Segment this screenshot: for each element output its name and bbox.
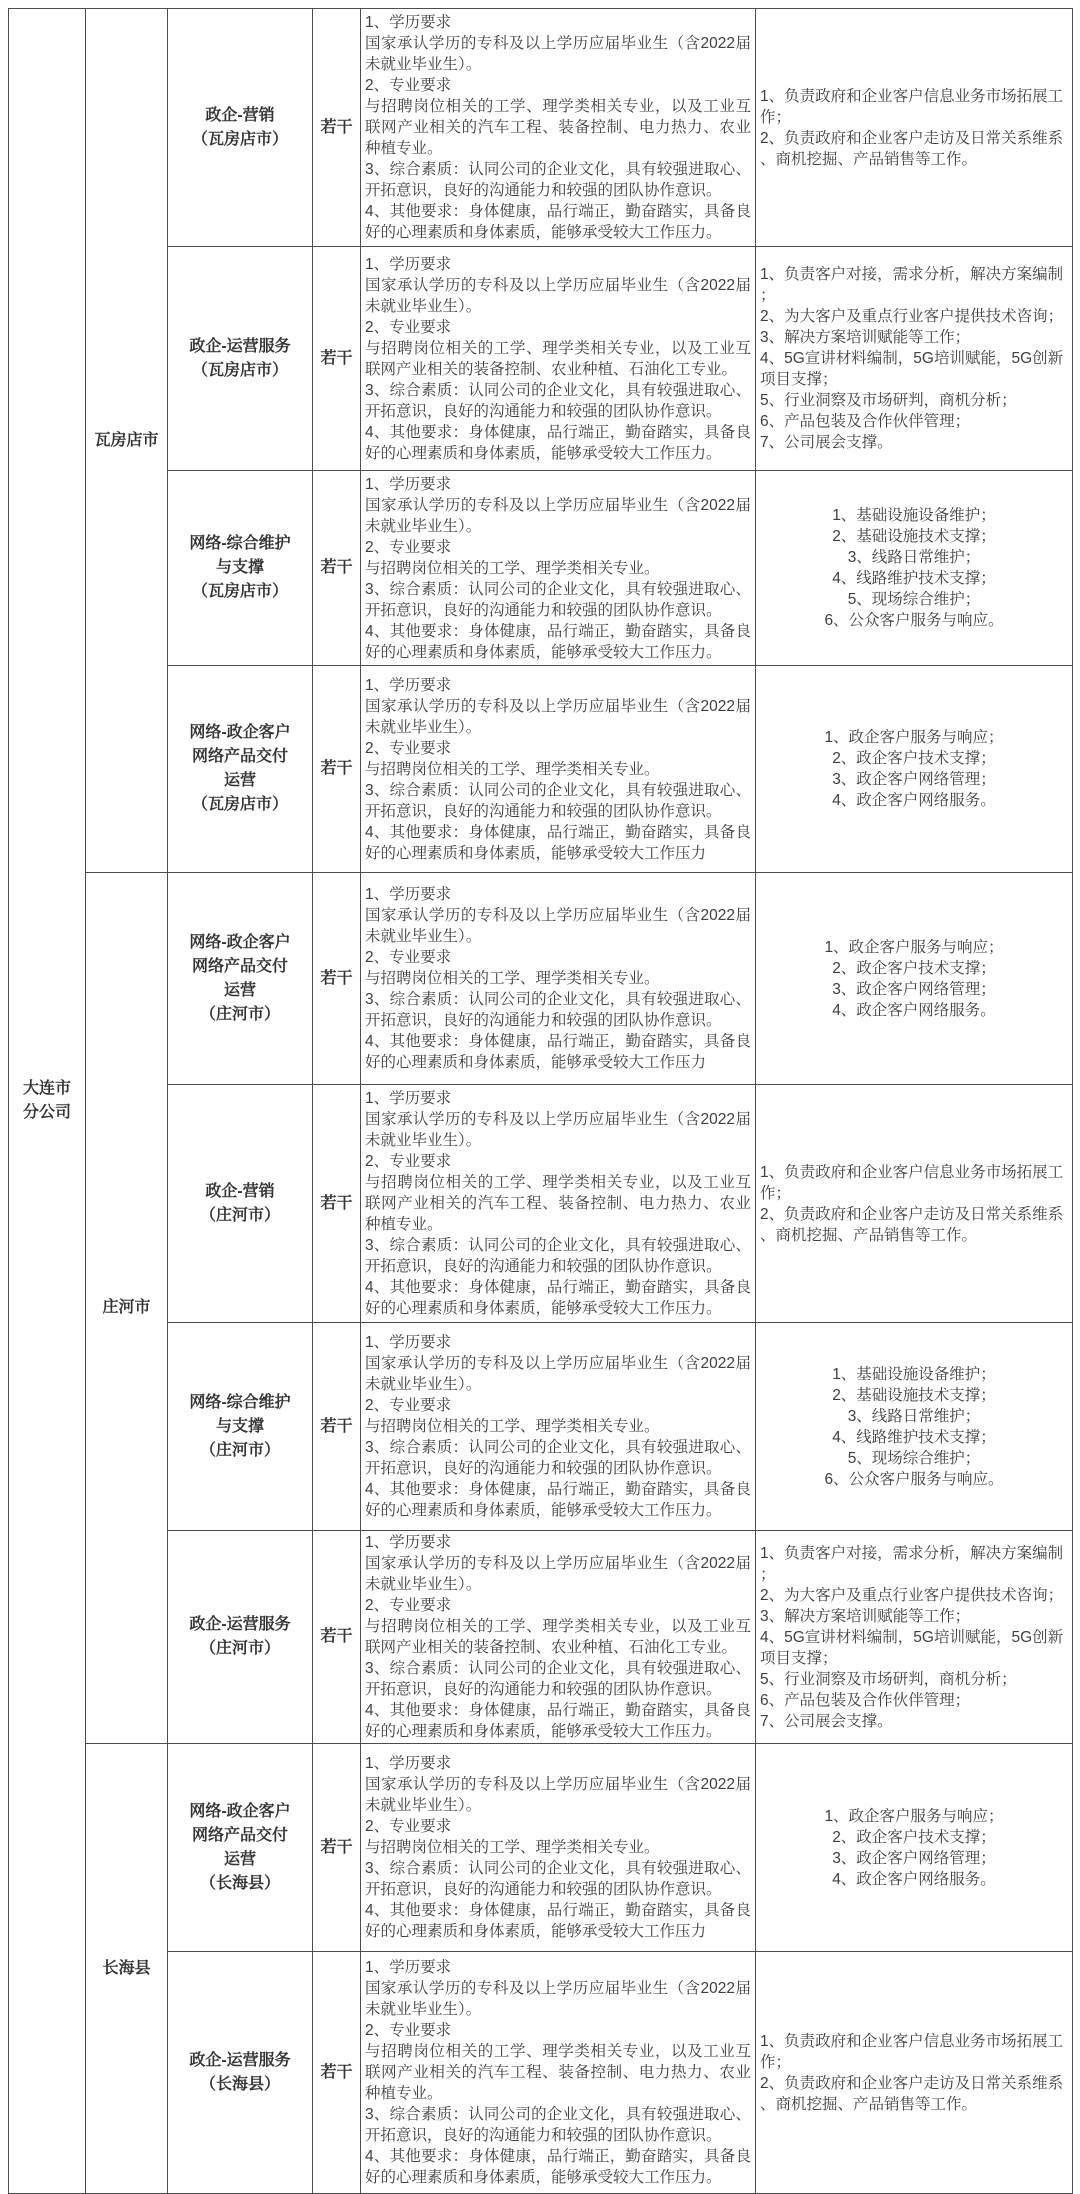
headcount-cell: 若干: [313, 1085, 361, 1323]
region-cell-zhuanghe: 庄河市: [86, 873, 168, 1744]
duties-cell: 1、负责政府和企业客户信息业务市场拓展工作； 2、负责政府和企业客户走访及日常关…: [756, 1952, 1073, 2194]
headcount-cell: 若干: [313, 1744, 361, 1952]
duties-cell: 1、基础设施设备维护； 2、基础设施技术支撑； 3、线路日常维护； 4、线路维护…: [756, 1323, 1073, 1531]
recruitment-table-wrap: 大连市 分公司 瓦房店市 政企-营销 （瓦房店市） 若干 1、学历要求 国家承认…: [8, 8, 1073, 2194]
headcount-cell: 若干: [313, 471, 361, 666]
duties-cell: 1、基础设施设备维护； 2、基础设施技术支撑； 3、线路日常维护； 4、线路维护…: [756, 471, 1073, 666]
duties-cell: 1、政企客户服务与响应； 2、政企客户技术支撑； 3、政企客户网络管理； 4、政…: [756, 873, 1073, 1085]
requirements-cell: 1、学历要求 国家承认学历的专科及以上学历应届毕业生（含2022届未就业毕业生）…: [361, 1085, 756, 1323]
headcount-cell: 若干: [313, 1531, 361, 1744]
headcount-cell: 若干: [313, 1952, 361, 2194]
branch-cell: 大连市 分公司: [9, 9, 86, 2194]
recruitment-table: 大连市 分公司 瓦房店市 政企-营销 （瓦房店市） 若干 1、学历要求 国家承认…: [8, 8, 1073, 2194]
duties-cell: 1、负责政府和企业客户信息业务市场拓展工作； 2、负责政府和企业客户走访及日常关…: [756, 1085, 1073, 1323]
position-cell: 政企-运营服务 （瓦房店市）: [168, 247, 313, 471]
headcount-cell: 若干: [313, 1323, 361, 1531]
requirements-cell: 1、学历要求 国家承认学历的专科及以上学历应届毕业生（含2022届未就业毕业生）…: [361, 1744, 756, 1952]
duties-cell: 1、政企客户服务与响应； 2、政企客户技术支撑； 3、政企客户网络管理； 4、政…: [756, 1744, 1073, 1952]
duties-cell: 1、负责政府和企业客户信息业务市场拓展工作； 2、负责政府和企业客户走访及日常关…: [756, 9, 1073, 247]
region-cell-wafangdian: 瓦房店市: [86, 9, 168, 873]
position-cell: 网络-政企客户 网络产品交付 运营 （长海县）: [168, 1744, 313, 1952]
duties-cell: 1、负责客户对接，需求分析，解决方案编制； 2、为大客户及重点行业客户提供技术咨…: [756, 247, 1073, 471]
position-cell: 网络-政企客户 网络产品交付 运营 （瓦房店市）: [168, 666, 313, 873]
requirements-cell: 1、学历要求 国家承认学历的专科及以上学历应届毕业生（含2022届未就业毕业生）…: [361, 873, 756, 1085]
position-cell: 网络-综合维护 与支撑 （庄河市）: [168, 1323, 313, 1531]
duties-cell: 1、负责客户对接，需求分析，解决方案编制； 2、为大客户及重点行业客户提供技术咨…: [756, 1531, 1073, 1744]
region-cell-changhai: 长海县: [86, 1744, 168, 2194]
requirements-cell: 1、学历要求 国家承认学历的专科及以上学历应届毕业生（含2022届未就业毕业生）…: [361, 1323, 756, 1531]
requirements-cell: 1、学历要求 国家承认学历的专科及以上学历应届毕业生（含2022届未就业毕业生）…: [361, 666, 756, 873]
requirements-cell: 1、学历要求 国家承认学历的专科及以上学历应届毕业生（含2022届未就业毕业生）…: [361, 1531, 756, 1744]
position-cell: 网络-综合维护 与支撑 （瓦房店市）: [168, 471, 313, 666]
headcount-cell: 若干: [313, 247, 361, 471]
requirements-cell: 1、学历要求 国家承认学历的专科及以上学历应届毕业生（含2022届未就业毕业生）…: [361, 1952, 756, 2194]
position-cell: 政企-营销 （瓦房店市）: [168, 9, 313, 247]
position-cell: 网络-政企客户 网络产品交付 运营 （庄河市）: [168, 873, 313, 1085]
requirements-cell: 1、学历要求 国家承认学历的专科及以上学历应届毕业生（含2022届未就业毕业生）…: [361, 9, 756, 247]
headcount-cell: 若干: [313, 666, 361, 873]
duties-cell: 1、政企客户服务与响应； 2、政企客户技术支撑； 3、政企客户网络管理； 4、政…: [756, 666, 1073, 873]
position-cell: 政企-运营服务 （长海县）: [168, 1952, 313, 2194]
position-cell: 政企-营销 （庄河市）: [168, 1085, 313, 1323]
requirements-cell: 1、学历要求 国家承认学历的专科及以上学历应届毕业生（含2022届未就业毕业生）…: [361, 247, 756, 471]
position-cell: 政企-运营服务 （庄河市）: [168, 1531, 313, 1744]
headcount-cell: 若干: [313, 9, 361, 247]
requirements-cell: 1、学历要求 国家承认学历的专科及以上学历应届毕业生（含2022届未就业毕业生）…: [361, 471, 756, 666]
headcount-cell: 若干: [313, 873, 361, 1085]
